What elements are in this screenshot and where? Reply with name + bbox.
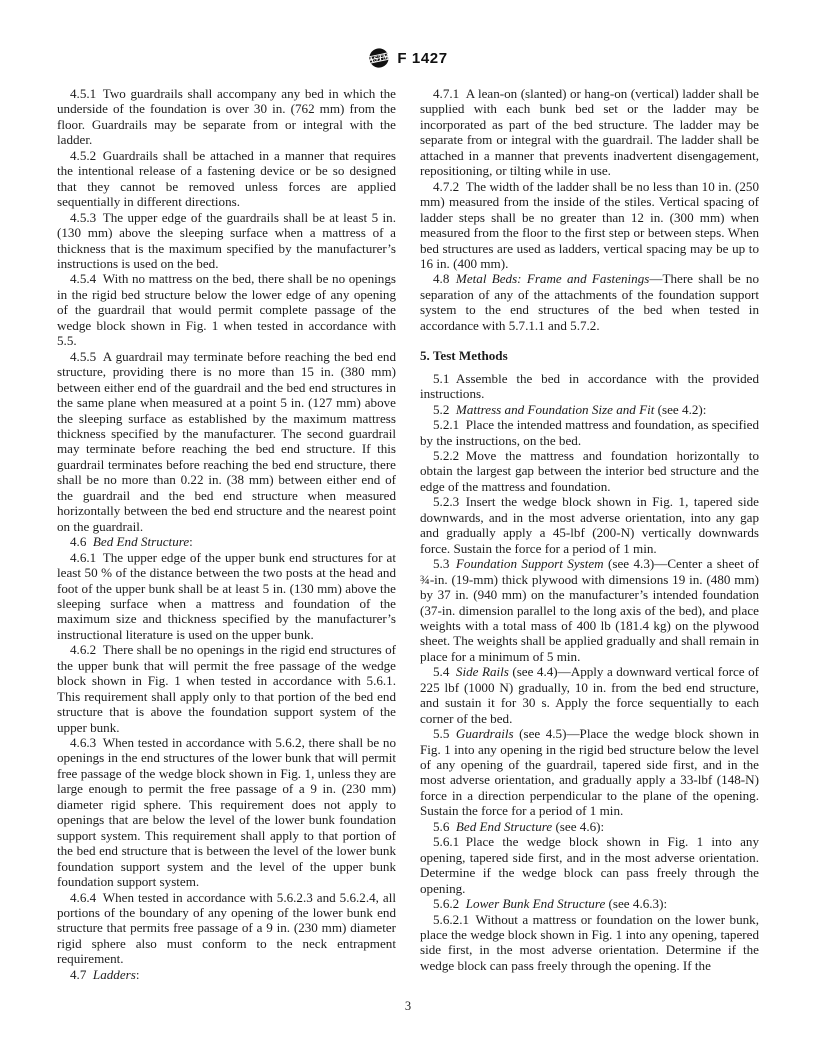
- text-run: 4.5.3 The upper edge of the guardrails s…: [57, 210, 396, 271]
- column-right: 4.7.1 A lean-on (slanted) or hang-on (ve…: [420, 86, 759, 982]
- text-run: :: [136, 967, 140, 982]
- text-run: 4.6.1 The upper edge of the upper bunk e…: [57, 550, 396, 642]
- paragraph: 5.5 Guardrails (see 4.5)—Place the wedge…: [420, 726, 759, 819]
- text-run: (see 4.2):: [654, 402, 706, 417]
- paragraph: 5.6.2.1 Without a mattress or foundation…: [420, 912, 759, 974]
- paragraph: 4.6.4 When tested in accordance with 5.6…: [57, 890, 396, 967]
- text-run: 4.8: [433, 271, 456, 286]
- paragraph: 4.6.3 When tested in accordance with 5.6…: [57, 735, 396, 890]
- text-run: 4.5.2 Guardrails shall be attached in a …: [57, 148, 396, 209]
- paragraph: 5.2.2 Move the mattress and foundation h…: [420, 448, 759, 494]
- paragraph-title-run: Side Rails: [456, 664, 509, 679]
- page-body: 4.5.1 Two guardrails shall accompany any…: [57, 86, 760, 982]
- paragraph-title-run: Lower Bunk End Structure: [466, 896, 606, 911]
- text-run: 5. Test Methods: [420, 348, 508, 363]
- text-run: 5.2: [433, 402, 456, 417]
- paragraph: 4.6.1 The upper edge of the upper bunk e…: [57, 550, 396, 643]
- text-run: (see 4.6.3):: [605, 896, 667, 911]
- text-run: 5.1 Assemble the bed in accordance with …: [420, 371, 759, 401]
- paragraph: 4.5.2 Guardrails shall be attached in a …: [57, 148, 396, 210]
- text-run: 5.6: [433, 819, 456, 834]
- paragraph: 5.1 Assemble the bed in accordance with …: [420, 371, 759, 402]
- page-header: ASTM F 1427: [0, 47, 816, 69]
- paragraph: 5.4 Side Rails (see 4.4)—Apply a downwar…: [420, 664, 759, 726]
- text-run: (see 4.6):: [552, 819, 604, 834]
- text-run: 4.6.3 When tested in accordance with 5.6…: [57, 735, 396, 889]
- paragraph-title-run: Bed End Structure: [456, 819, 552, 834]
- text-run: 4.5.5 A guardrail may terminate before r…: [57, 349, 396, 534]
- text-run: 4.7.2 The width of the ladder shall be n…: [420, 179, 759, 271]
- section-heading: 5. Test Methods: [420, 348, 759, 363]
- text-run: 4.6: [70, 534, 93, 549]
- paragraph: 5.2.3 Insert the wedge block shown in Fi…: [420, 494, 759, 556]
- paragraph: 4.5.4 With no mattress on the bed, there…: [57, 271, 396, 348]
- text-run: 5.6.1 Place the wedge block shown in Fig…: [420, 834, 759, 895]
- text-run: 4.5.1 Two guardrails shall accompany any…: [57, 86, 396, 147]
- paragraph: 4.7.1 A lean-on (slanted) or hang-on (ve…: [420, 86, 759, 179]
- text-run: 5.6.2: [433, 896, 466, 911]
- text-run: 5.4: [433, 664, 456, 679]
- text-run: 4.6.2 There shall be no openings in the …: [57, 642, 396, 734]
- text-run: :: [189, 534, 193, 549]
- paragraph: 4.5.3 The upper edge of the guardrails s…: [57, 210, 396, 272]
- paragraph: 5.2 Mattress and Foundation Size and Fit…: [420, 402, 759, 417]
- page-footer: 3: [0, 999, 816, 1014]
- paragraph: 4.7 Ladders:: [57, 967, 396, 982]
- paragraph: 4.5.5 A guardrail may terminate before r…: [57, 349, 396, 534]
- paragraph-title-run: Ladders: [93, 967, 136, 982]
- text-run: 4.5.4 With no mattress on the bed, there…: [57, 271, 396, 348]
- paragraph: 5.6.2 Lower Bunk End Structure (see 4.6.…: [420, 896, 759, 911]
- paragraph: 4.6 Bed End Structure:: [57, 534, 396, 549]
- text-run: (see 4.3)—Center a sheet of ¾-in. (19-mm…: [420, 556, 759, 664]
- paragraph-title-run: Metal Beds: Frame and Fastenings: [456, 271, 649, 286]
- paragraph: 4.6.2 There shall be no openings in the …: [57, 642, 396, 735]
- paragraph-title-run: Guardrails: [456, 726, 514, 741]
- text-run: 4.6.4 When tested in accordance with 5.6…: [57, 890, 396, 967]
- document-page: ASTM F 1427 4.5.1 Two guardrails shall a…: [0, 0, 816, 1056]
- paragraph-title-run: Mattress and Foundation Size and Fit: [456, 402, 654, 417]
- paragraph: 4.8 Metal Beds: Frame and Fastenings—The…: [420, 271, 759, 333]
- text-run: 4.7.1 A lean-on (slanted) or hang-on (ve…: [420, 86, 759, 178]
- text-run: 5.3: [433, 556, 456, 571]
- text-run: 5.6.2.1 Without a mattress or foundation…: [420, 912, 759, 973]
- astm-logo-icon: ASTM: [368, 47, 390, 69]
- page-number: 3: [405, 999, 411, 1013]
- paragraph: 4.5.1 Two guardrails shall accompany any…: [57, 86, 396, 148]
- paragraph: 4.7.2 The width of the ladder shall be n…: [420, 179, 759, 272]
- text-run: 5.2.1 Place the intended mattress and fo…: [420, 417, 759, 447]
- column-left: 4.5.1 Two guardrails shall accompany any…: [57, 86, 396, 982]
- text-run: 5.2.2 Move the mattress and foundation h…: [420, 448, 759, 494]
- paragraph: 5.6.1 Place the wedge block shown in Fig…: [420, 834, 759, 896]
- text-run: 5.5: [433, 726, 456, 741]
- paragraph-title-run: Foundation Support System: [456, 556, 604, 571]
- text-run: 4.7: [70, 967, 93, 982]
- text-run: 5.2.3 Insert the wedge block shown in Fi…: [420, 494, 759, 555]
- doc-code: F 1427: [397, 50, 447, 67]
- paragraph: 5.6 Bed End Structure (see 4.6):: [420, 819, 759, 834]
- paragraph: 5.2.1 Place the intended mattress and fo…: [420, 417, 759, 448]
- paragraph: 5.3 Foundation Support System (see 4.3)—…: [420, 556, 759, 664]
- paragraph-title-run: Bed End Structure: [93, 534, 189, 549]
